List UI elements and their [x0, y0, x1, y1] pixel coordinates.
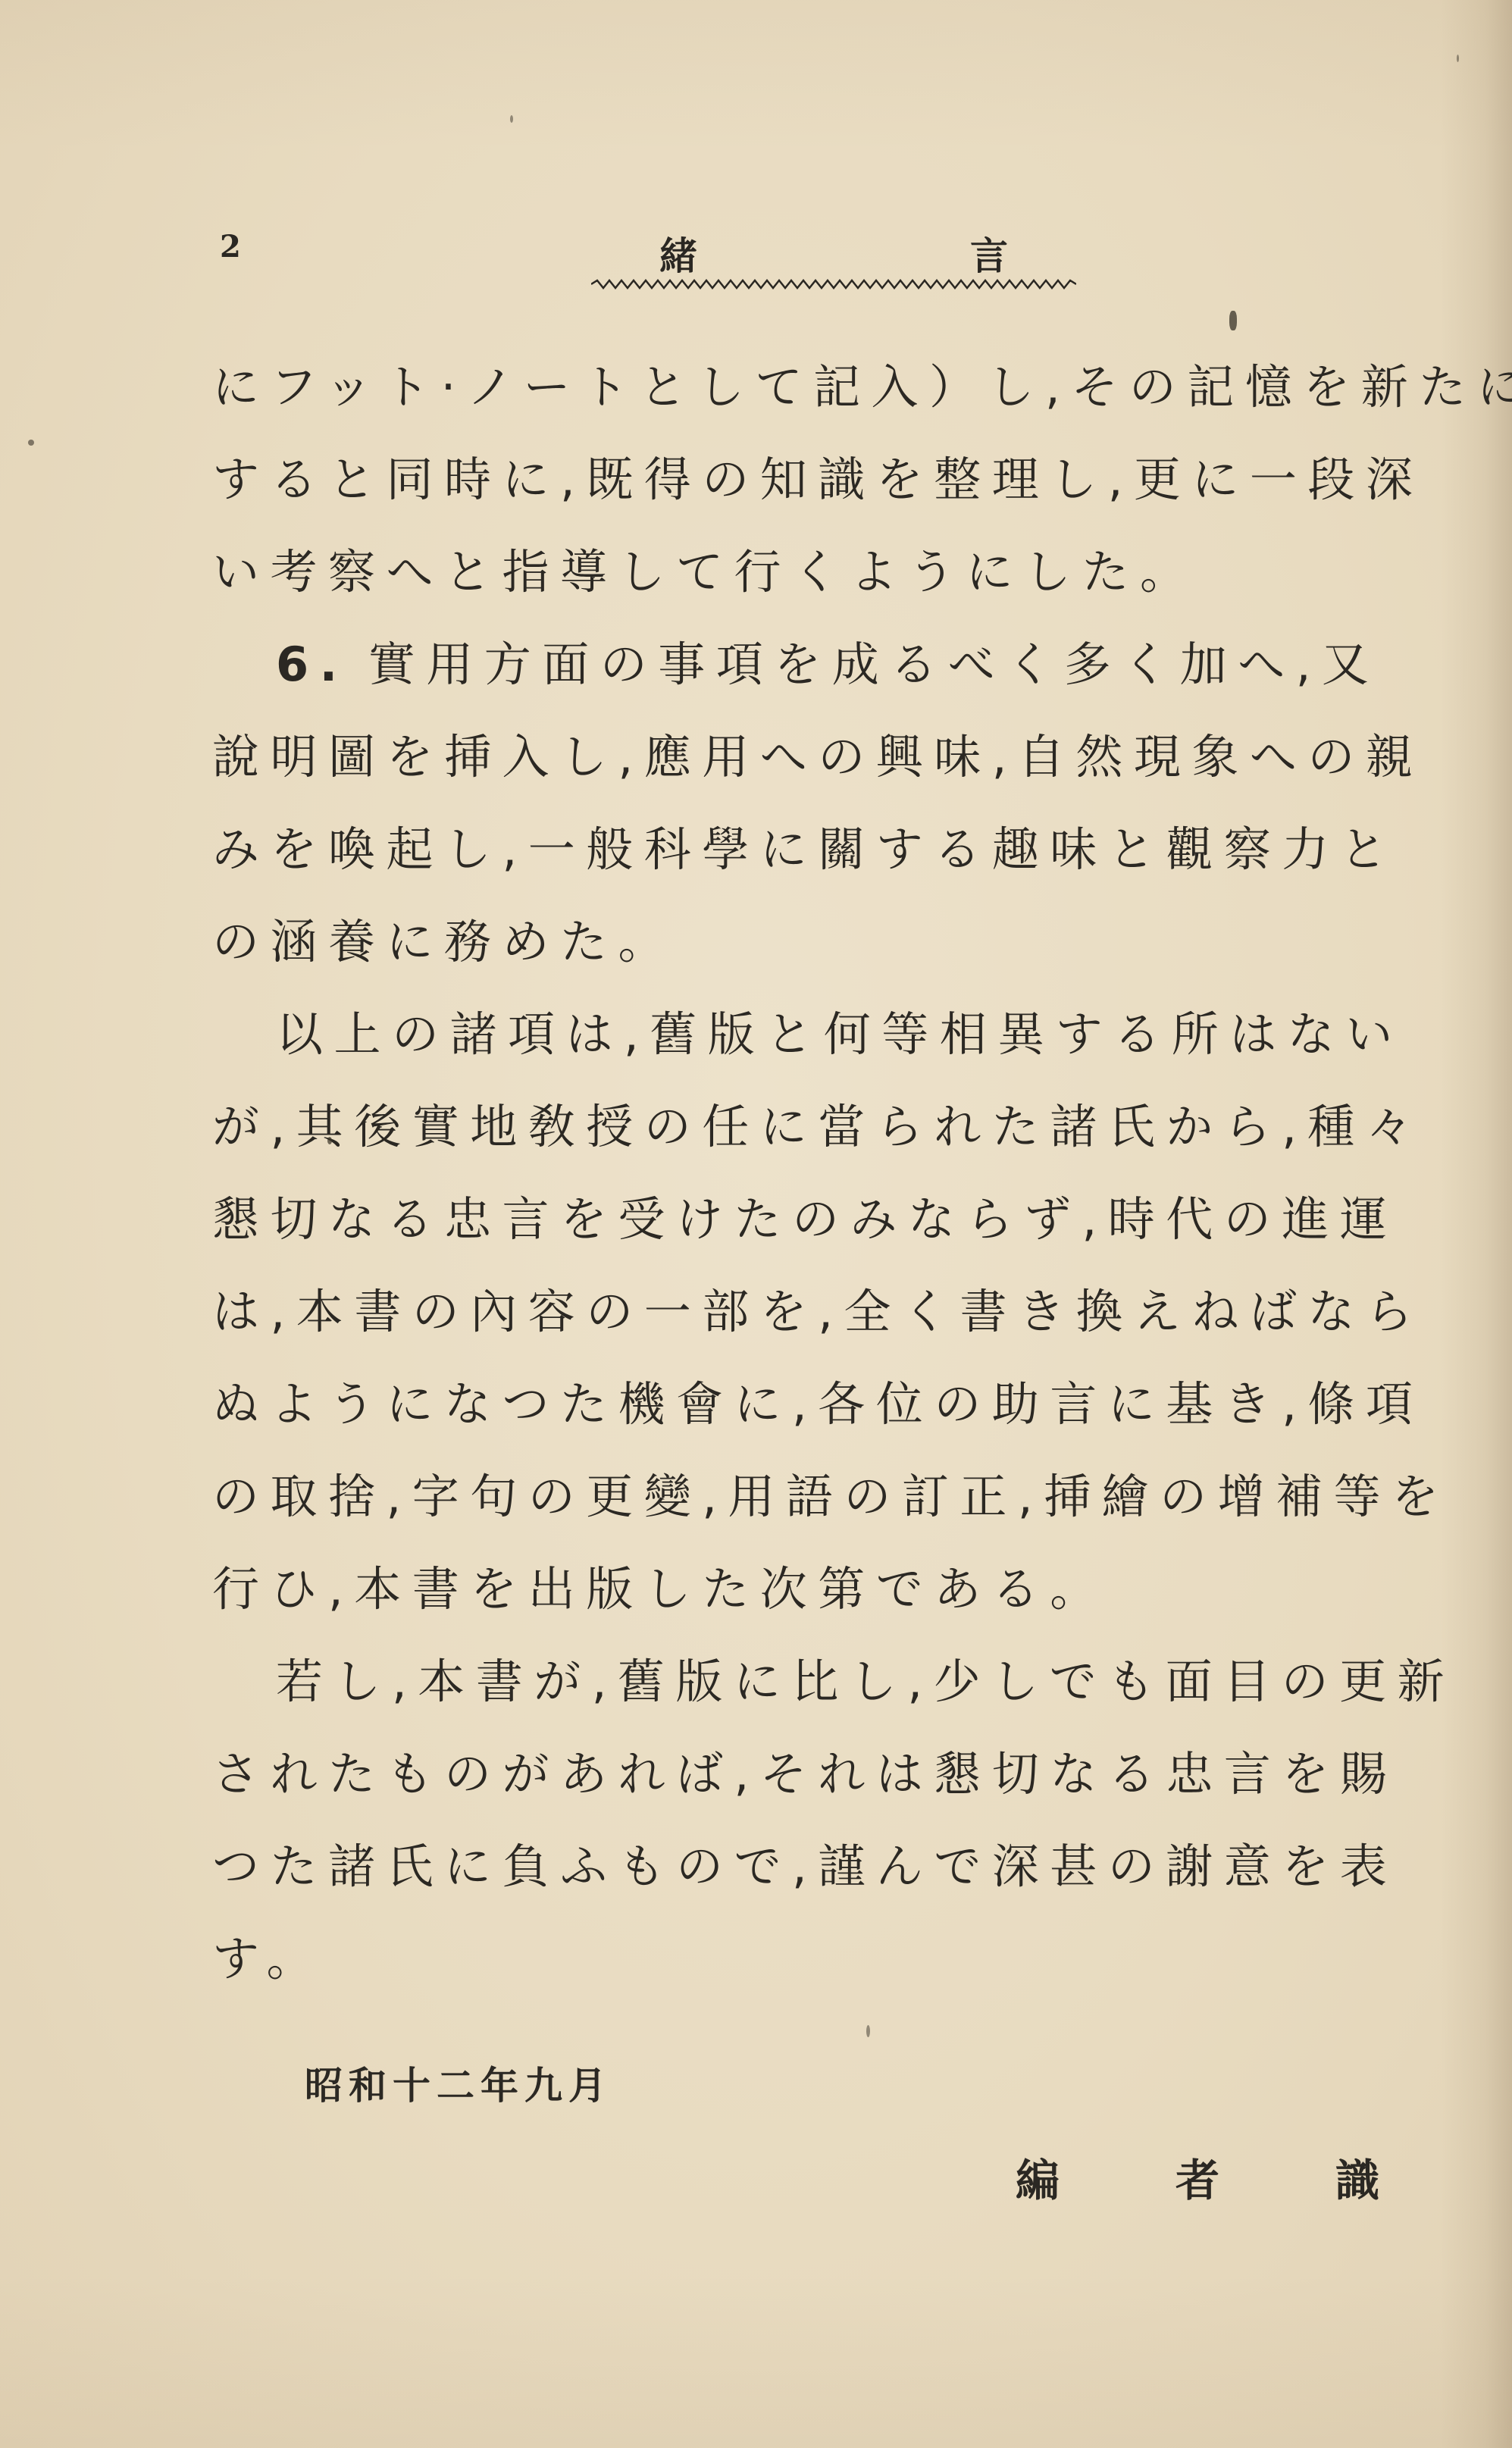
paper-speck	[1457, 55, 1459, 62]
text-line: されたものがあれば,それは懇切なる忠言を賜	[212, 1728, 1455, 1820]
signature-char: 編	[1016, 2145, 1060, 2209]
signature-char: 識	[1335, 2145, 1379, 2209]
text-line: 說明圖を挿入し,應用への興味,自然現象への親	[212, 711, 1455, 803]
paper-speck	[866, 2025, 870, 2037]
header-title-char: 緒	[659, 226, 697, 279]
date-line: 昭和十二年九月	[305, 2055, 612, 2110]
text-line: の取捨,字句の更變,用語の訂正,挿繪の增補等を	[212, 1451, 1455, 1543]
page-number: 2	[220, 229, 241, 265]
book-page: 2 緒 言 にフット·ノートとして記入）し,その記憶を新たに すると同時に,既得…	[0, 0, 1512, 2448]
paper-speck	[28, 440, 34, 446]
body-text: にフット·ノートとして記入）し,その記憶を新たに すると同時に,既得の知識を整理…	[212, 341, 1455, 2005]
text-line-numbered-item: 6.實用方面の事項を成るべく多く加へ,又	[212, 618, 1455, 711]
text-line-paragraph-start: 若し,本書が,舊版に比し,少しでも面目の更新	[212, 1636, 1455, 1728]
text-line: が,其後實地敎授の任に當られた諸氏から,種々	[212, 1081, 1455, 1173]
text-line: すると同時に,既得の知識を整理し,更に一段深	[212, 434, 1455, 526]
signature-char: 者	[1175, 2145, 1219, 2209]
text-line: い考察へと指導して行くようにした。	[212, 526, 1455, 618]
text-line-paragraph-start: 以上の諸項は,舊版と何等相異する所はない	[212, 988, 1455, 1081]
wavy-underline-decoration	[591, 279, 1076, 290]
text-line: 懇切なる忠言を受けたのみならず,時代の進運	[212, 1173, 1455, 1266]
paper-speck	[510, 115, 513, 123]
text-line: にフット·ノートとして記入）し,その記憶を新たに	[212, 341, 1455, 434]
text-line: の涵養に務めた。	[212, 896, 1455, 988]
text-line: つた諸氏に負ふもので,謹んで深甚の謝意を表	[212, 1820, 1455, 1913]
text-line: みを喚起し,一般科學に關する趣味と觀察力と	[212, 803, 1455, 896]
running-header-title: 緒 言	[591, 226, 1076, 279]
text-line: ぬようになつた機會に,各位の助言に基き,條項	[212, 1358, 1455, 1451]
paper-speck	[1229, 311, 1237, 330]
paper-speck	[327, 1137, 332, 1144]
text-line: 行ひ,本書を出版した次第である。	[212, 1543, 1455, 1636]
header-title-char: 言	[970, 226, 1008, 279]
item-number: 6.	[276, 637, 349, 692]
signature: 編 者 識	[1016, 2145, 1379, 2209]
text-line: は,本書の內容の一部を,全く書き換えねばなら	[212, 1266, 1455, 1358]
text-line: す。	[212, 1913, 1455, 2005]
